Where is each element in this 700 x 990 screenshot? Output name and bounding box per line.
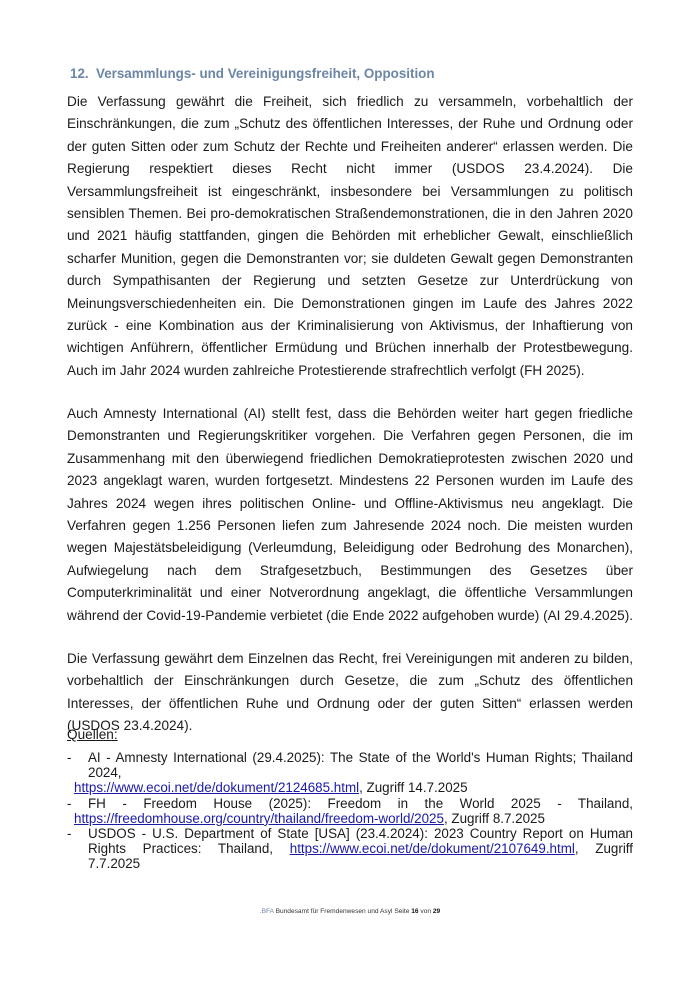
footer-page-total: 29 (433, 908, 440, 915)
section-number: 12. (70, 66, 96, 81)
bullet-dash: - (67, 826, 71, 841)
paragraph-amnesty-findings: Auch Amnesty International (AI) stellt f… (67, 403, 633, 627)
footer-page-label: Seite (394, 908, 409, 915)
paragraph-assembly-freedom: Die Verfassung gewährt die Freiheit, sic… (67, 91, 633, 382)
source-item-ai: - AI - Amnesty International (29.4.2025)… (67, 750, 633, 796)
document-page: 12.Versammlungs- und Vereinigungsfreihei… (0, 0, 700, 990)
source-access-date: , Zugriff 14.7.2025 (359, 780, 467, 795)
footer-org: Bundesamt für Fremdenwesen und Asyl (276, 908, 393, 915)
section-title: Versammlungs- und Vereinigungsfreiheit, … (96, 66, 435, 81)
source-text: FH - Freedom House (2025): Freedom in th… (88, 796, 633, 811)
source-item-fh: - FH - Freedom House (2025): Freedom in … (67, 796, 633, 826)
source-link-usdos[interactable]: https://www.ecoi.net/de/dokument/2107649… (290, 841, 575, 856)
bfa-logo: .BFA (260, 908, 274, 915)
paragraph-association-freedom: Die Verfassung gewährt dem Einzelnen das… (67, 648, 633, 738)
footer-page-number: 16 (411, 908, 418, 915)
source-link-fh[interactable]: https://freedomhouse.org/country/thailan… (74, 811, 444, 826)
bullet-dash: - (67, 750, 71, 765)
source-link-ai[interactable]: https://www.ecoi.net/de/dokument/2124685… (74, 780, 359, 795)
source-access-date: , Zugriff 8.7.2025 (444, 811, 545, 826)
sources-heading: Quellen: (67, 727, 118, 742)
section-heading: 12.Versammlungs- und Vereinigungsfreihei… (70, 66, 435, 81)
bullet-dash: - (67, 796, 71, 811)
footer-of-label: von (420, 908, 431, 915)
page-footer: .BFA Bundesamt für Fremdenwesen und Asyl… (0, 908, 700, 915)
source-text: AI - Amnesty International (29.4.2025): … (88, 750, 633, 780)
source-item-usdos: - USDOS - U.S. Department of State [USA]… (67, 826, 633, 872)
sources-list: - AI - Amnesty International (29.4.2025)… (67, 750, 633, 872)
